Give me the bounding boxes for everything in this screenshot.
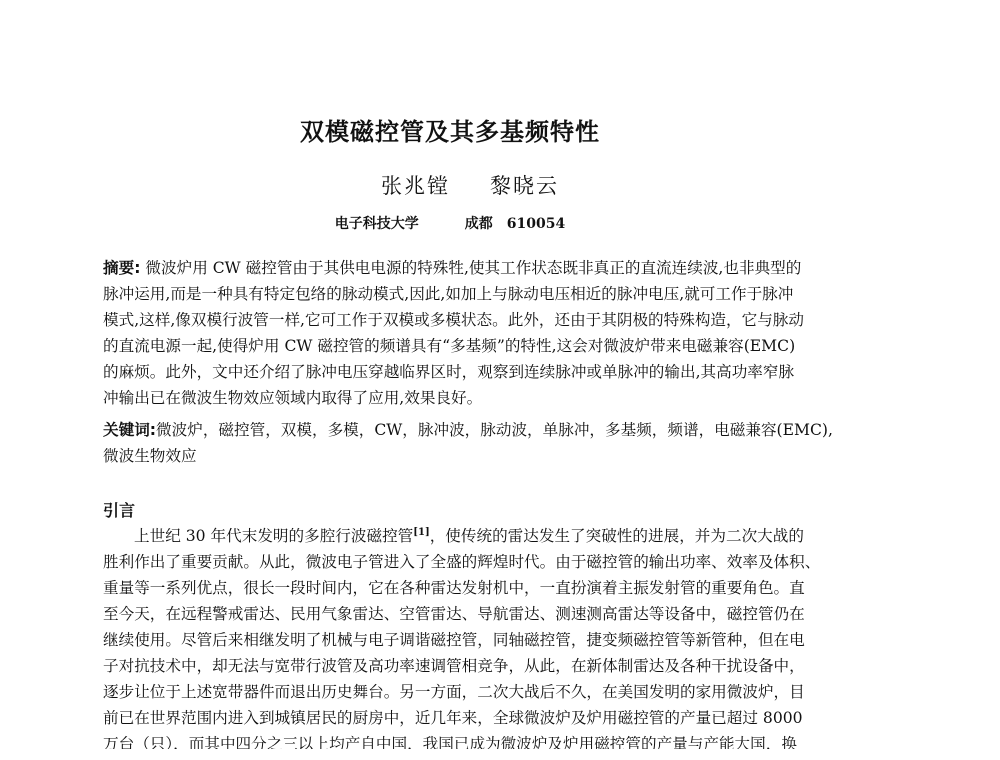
body-line: 重量等一系列优点，很长一段时间内，它在各种雷达发射机中，一直扮演着主振发射管的重… <box>103 575 893 601</box>
citation-ref[interactable]: [1] <box>413 527 429 538</box>
affiliation-postcode: 610054 <box>507 216 565 232</box>
body-line: 继续使用。尽管后来相继发明了机械与电子调谐磁控管，同轴磁控管，捷变频磁控管等新管… <box>103 627 893 653</box>
affiliation: 电子科技大学成都610054 <box>0 213 900 233</box>
section-heading: 引言 <box>103 498 135 521</box>
keywords-line: 关键词:微波炉，磁控管，双模，多模，CW，脉冲波，脉动波，单脉冲，多基频，频谱，… <box>103 417 893 443</box>
body-line: 胜利作出了重要贡献。从此，微波电子管进入了全盛的辉煌时代。由于磁控管的输出功率、… <box>103 549 893 575</box>
body-line: 至今天，在远程警戒雷达、民用气象雷达、空管雷达、导航雷达、测速测高雷达等设备中，… <box>103 601 893 627</box>
body-line: 万台（只），而其中四分之三以上均产自中国，我国已成为微波炉及炉用磁控管的产量与产… <box>103 731 893 749</box>
body-line: 子对抗技术中，却无法与宽带行波管及高功率速调管相竞争，从此，在新体制雷达及各种干… <box>103 653 893 679</box>
keywords: 关键词:微波炉，磁控管，双模，多模，CW，脉冲波，脉动波，单脉冲，多基频，频谱，… <box>103 417 893 469</box>
body-line: 逐步让位于上述宽带器件而退出历史舞台。另一方面，二次大战后不久，在美国发明的家用… <box>103 679 893 705</box>
abstract-label: 摘要: <box>103 259 140 277</box>
affiliation-institution: 电子科技大学 <box>335 216 419 232</box>
paper-title: 双模磁控管及其多基频特性 <box>0 112 900 147</box>
abstract-line: 的麻烦。此外，文中还介绍了脉冲电压穿越临界区时，观察到连续脉冲或单脉冲的输出,其… <box>103 359 893 385</box>
author-name: 黎晓云 <box>490 170 559 200</box>
abstract-line: 冲输出已在微波生物效应领域内取得了应用,效果良好。 <box>103 385 893 411</box>
affiliation-city: 成都 <box>465 216 493 232</box>
abstract-line: 脉冲运用,而是一种具有特定包络的脉动模式,因此,如加上与脉动电压相近的脉冲电压,… <box>103 281 893 307</box>
author-name: 张兆镗 <box>381 170 450 200</box>
keywords-label: 关键词: <box>103 421 156 439</box>
keywords-line: 微波生物效应 <box>103 443 893 469</box>
author-list: 张兆镗黎晓云 <box>0 170 940 200</box>
abstract-line: 的直流电源一起,使得炉用 CW 磁控管的频谱具有“多基频”的特性,这会对微波炉带… <box>103 333 893 359</box>
body-line: 上世纪 30 年代末发明的多腔行波磁控管[1]，使传统的雷达发生了突破性的进展，… <box>103 523 893 549</box>
body-line: 前已在世界范围内进入到城镇居民的厨房中，近几年来，全球微波炉及炉用磁控管的产量已… <box>103 705 893 731</box>
abstract-line: 摘要: 微波炉用 CW 磁控管由于其供电电源的特殊牲,使其工作状态既非真正的直流… <box>103 255 893 281</box>
paper-page: 双模磁控管及其多基频特性 张兆镗黎晓云 电子科技大学成都610054 摘要: 微… <box>0 0 1000 760</box>
abstract-line: 模式,这样,像双模行波管一样,它可工作于双模或多模状态。此外，还由于其阴极的特殊… <box>103 307 893 333</box>
abstract: 摘要: 微波炉用 CW 磁控管由于其供电电源的特殊牲,使其工作状态既非真正的直流… <box>103 255 893 411</box>
section-body: 上世纪 30 年代末发明的多腔行波磁控管[1]，使传统的雷达发生了突破性的进展，… <box>103 523 893 749</box>
